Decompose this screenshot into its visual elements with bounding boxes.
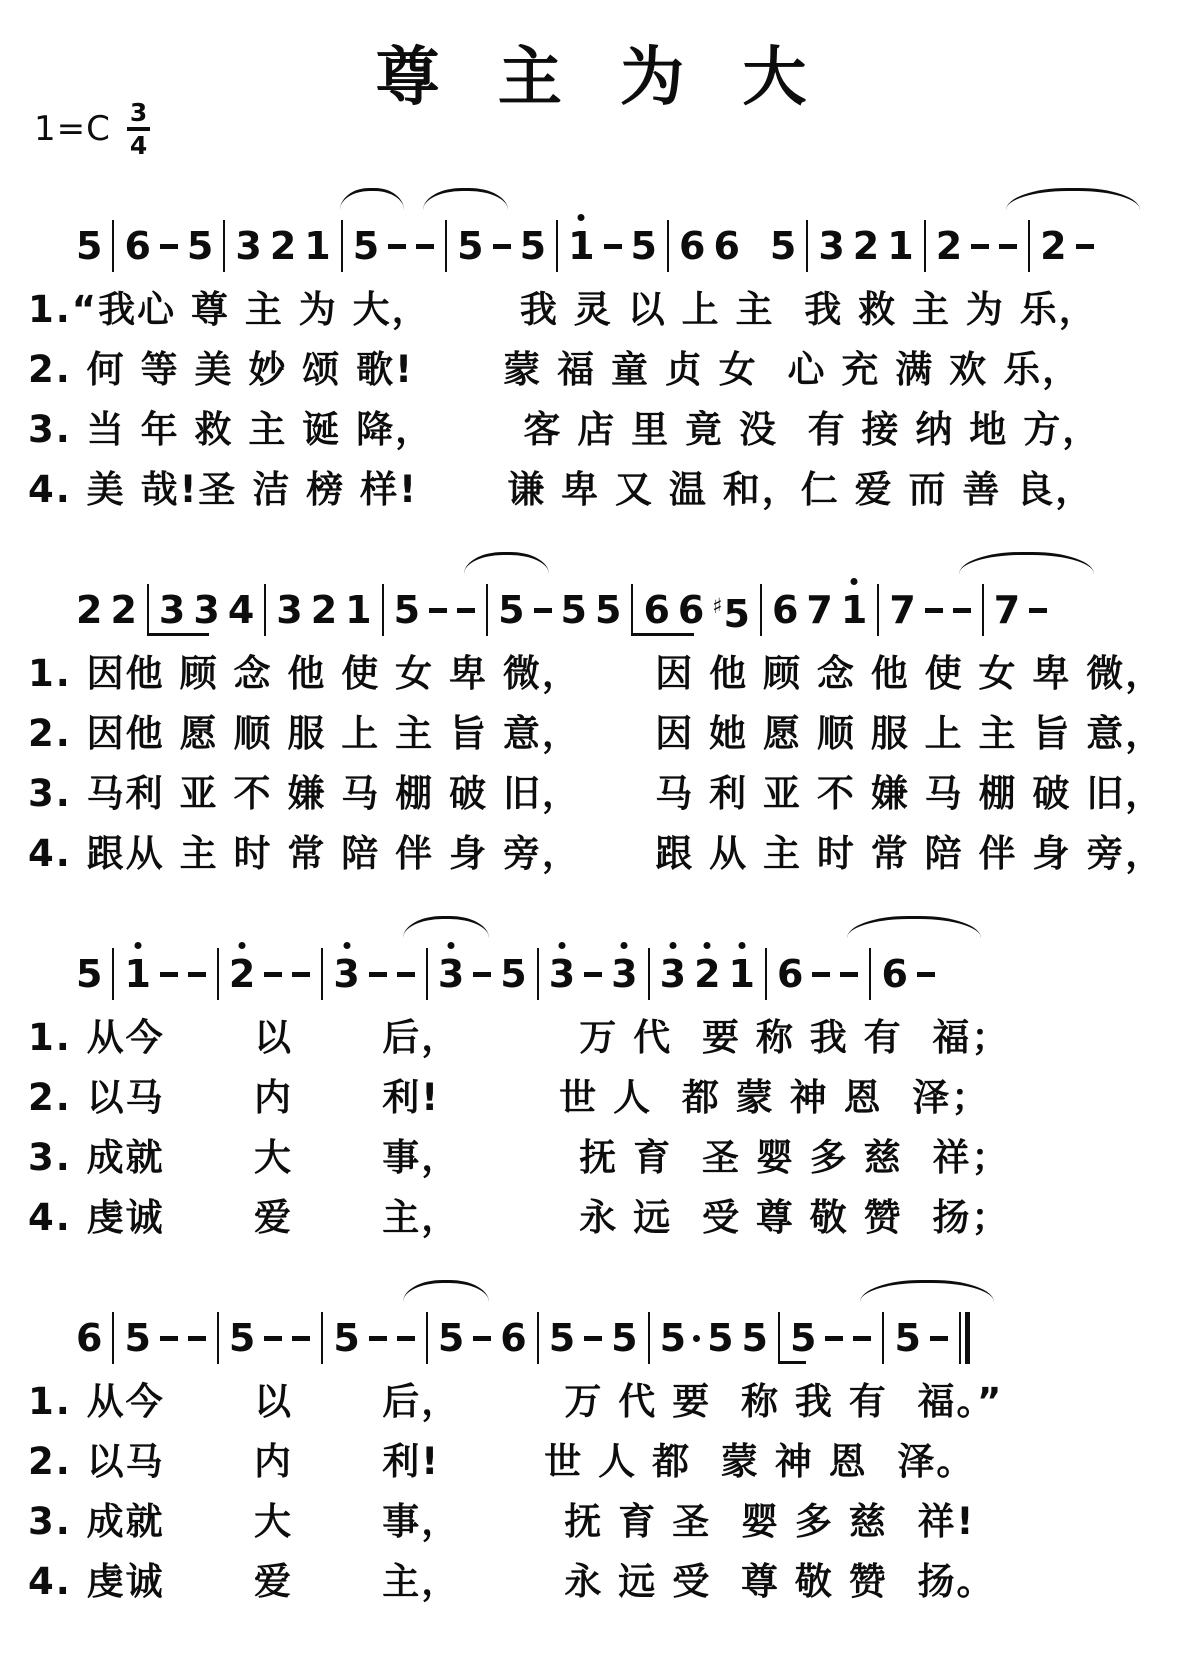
barline (321, 948, 323, 1000)
slur-tie (464, 552, 549, 574)
note: 6 (124, 225, 150, 267)
music-tokens-row: 6555565555555 (72, 1312, 1200, 1364)
octave-dot (448, 942, 455, 949)
barline-thin (959, 1312, 961, 1364)
note: 5 (498, 589, 524, 631)
systems: 56532155515665321221.“我心 尊 主 为 大， 我 灵 以 … (0, 174, 1200, 1604)
duration-dash (825, 1336, 843, 1341)
music-line: 5653215551566532122 (0, 174, 1200, 278)
duration-dash (584, 1336, 602, 1341)
note: 3 (549, 953, 575, 995)
note: 2 (76, 589, 102, 631)
note: 1 (568, 225, 594, 267)
slur-tie (1006, 188, 1140, 210)
note: 5 (595, 589, 621, 631)
barline (667, 220, 669, 272)
duration-dash (925, 608, 943, 613)
note: 5 (631, 225, 657, 267)
duration-dash (971, 244, 989, 249)
barline (537, 948, 539, 1000)
barline (341, 220, 343, 272)
note: 5 (500, 953, 526, 995)
note: 5 (229, 1317, 255, 1359)
barline (556, 220, 558, 272)
duration-dash (292, 1336, 310, 1341)
note: 3 (818, 225, 844, 267)
lyrics-block: 1. 从今 以 后， 万 代 要 称 我 有 福。”2. 以马 内 利! 世 人… (0, 1380, 1200, 1604)
duration-dash (584, 972, 602, 977)
barline (982, 584, 984, 636)
note: 5 (790, 1317, 816, 1359)
duration-dash (853, 1336, 871, 1341)
note: 5 (742, 1317, 768, 1359)
note: 3 (333, 953, 359, 995)
barline (869, 948, 871, 1000)
sheet-music-page: 尊 主 为 大 1=C 3 4 56532155515665321221.“我心… (0, 0, 1200, 1658)
lyric-line-3: 3. 马利 亚 不 嫌 马 棚 破 旧， 马 利 亚 不 嫌 马 棚 破 旧， (28, 772, 1200, 816)
music-tokens-row: 22334321555566♯567177 (72, 584, 1200, 636)
duration-dash (917, 972, 935, 977)
note: 3 (660, 953, 686, 995)
lyric-line-3: 3. 成就 大 事， 抚 育 圣 婴 多 慈 祥! (28, 1500, 1200, 1544)
note: 2 (270, 225, 296, 267)
note: 3 (193, 589, 219, 631)
duration-dash (388, 244, 406, 249)
duration-dash (264, 972, 282, 977)
slur-tie (847, 916, 981, 938)
slur-tie (403, 916, 489, 938)
lyrics-block: 1.“我心 尊 主 为 大， 我 灵 以 上 主 我 救 主 为 乐，2. 何 … (0, 288, 1200, 512)
lyric-line-2: 2. 以马 内 利! 世 人 都 蒙 神 恩 泽。 (28, 1440, 1200, 1484)
note: 5 (394, 589, 420, 631)
duration-dash (473, 972, 491, 977)
octave-dot (239, 942, 246, 949)
beam-underline (147, 633, 209, 636)
music-line: 5123353332166 (0, 902, 1200, 1006)
lyric-line-4: 4. 虔诚 爱 主， 永 远 受 尊 敬 赞 扬。 (28, 1560, 1200, 1604)
verse-system-4: 65555655555551. 从今 以 后， 万 代 要 称 我 有 福。”2… (0, 1266, 1200, 1604)
barline (112, 220, 114, 272)
barline (147, 584, 149, 636)
note: 5 (660, 1317, 686, 1359)
note: 6 (777, 953, 803, 995)
barline (648, 1312, 650, 1364)
lyric-line-2: 2. 因他 愿 顺 服 上 主 旨 意， 因 她 愿 顺 服 上 主 旨 意， (28, 712, 1200, 756)
slur-tie (340, 188, 404, 210)
note: 2 (853, 225, 879, 267)
note: 6 (76, 1317, 102, 1359)
key-signature: 1=C 3 4 (34, 100, 150, 158)
note: 2 (311, 589, 337, 631)
note: 1 (729, 953, 755, 995)
barline (223, 220, 225, 272)
note: 6 (713, 225, 739, 267)
octave-dot (134, 942, 141, 949)
barline (924, 220, 926, 272)
note: 3 (438, 953, 464, 995)
barline (806, 220, 808, 272)
octave-dot (669, 942, 676, 949)
lyrics-block: 1. 从今 以 后， 万 代 要 称 我 有 福；2. 以马 内 利! 世 人 … (0, 1016, 1200, 1240)
duration-dash (160, 1336, 178, 1341)
note: 3 (611, 953, 637, 995)
note: 5 (520, 225, 546, 267)
barline (486, 584, 488, 636)
note: 5 (549, 1317, 575, 1359)
note: 5 (894, 1317, 920, 1359)
barline (760, 584, 762, 636)
note: 5 (353, 225, 379, 267)
barline (778, 1312, 780, 1364)
duration-dash (1029, 608, 1047, 613)
time-signature-numerator: 3 (127, 100, 150, 131)
barline (445, 220, 447, 272)
barline (382, 584, 384, 636)
note: 5 (124, 1317, 150, 1359)
barline (112, 948, 114, 1000)
barline (765, 948, 767, 1000)
key-tonic: 1=C (34, 109, 111, 149)
barline (1028, 220, 1030, 272)
time-signature: 3 4 (127, 100, 150, 158)
barline (217, 1312, 219, 1364)
note: 7 (889, 589, 915, 631)
lyric-line-4: 4. 虔诚 爱 主， 永 远 受 尊 敬 赞 扬； (28, 1196, 1200, 1240)
barline (537, 1312, 539, 1364)
lyric-line-1: 1. 因他 顾 念 他 使 女 卑 微， 因 他 顾 念 他 使 女 卑 微， (28, 652, 1200, 696)
song-title: 尊 主 为 大 (0, 16, 1200, 118)
duration-dash (188, 972, 206, 977)
barline (112, 1312, 114, 1364)
duration-dash (416, 244, 434, 249)
barline (426, 1312, 428, 1364)
note: 2 (229, 953, 255, 995)
note: 5 (76, 225, 102, 267)
note: 6 (772, 589, 798, 631)
note: 5 (707, 1317, 733, 1359)
note: 6 (679, 225, 705, 267)
note: 7 (806, 589, 832, 631)
duration-dash (188, 1336, 206, 1341)
duration-dash (534, 608, 552, 613)
duration-dash (953, 608, 971, 613)
final-barline (959, 1312, 970, 1364)
verse-system-3: 51233533321661. 从今 以 后， 万 代 要 称 我 有 福；2.… (0, 902, 1200, 1240)
note: 5 (611, 1317, 637, 1359)
music-tokens-row: 5123353332166 (72, 948, 1200, 1000)
note: 4 (228, 589, 254, 631)
duration-dash (604, 244, 622, 249)
note: 6 (500, 1317, 526, 1359)
lyric-line-4: 4. 美 哉!圣 洁 榜 样! 谦 卑 又 温 和，仁 爱 而 善 良， (28, 468, 1200, 512)
slur-tie (403, 1280, 489, 1302)
barline (882, 1312, 884, 1364)
duration-dash (493, 244, 511, 249)
note: 7 (994, 589, 1020, 631)
duration-dash (160, 244, 178, 249)
note: 5 (457, 225, 483, 267)
lyric-line-4: 4. 跟从 主 时 常 陪 伴 身 旁， 跟 从 主 时 常 陪 伴 身 旁， (28, 832, 1200, 876)
note: 1 (124, 953, 150, 995)
sharp-icon: ♯ (712, 594, 722, 618)
note: 2 (110, 589, 136, 631)
duration-dash (160, 972, 178, 977)
lyric-line-2: 2. 何 等 美 妙 颂 歌! 蒙 福 童 贞 女 心 充 满 欢 乐， (28, 348, 1200, 392)
lyrics-block: 1. 因他 顾 念 他 使 女 卑 微， 因 他 顾 念 他 使 女 卑 微，2… (0, 652, 1200, 876)
duration-dash (369, 972, 387, 977)
octave-dot (851, 578, 858, 585)
duration-dash (397, 972, 415, 977)
barline (631, 584, 633, 636)
duration-dash (999, 244, 1017, 249)
lyric-line-1: 1. 从今 以 后， 万 代 要 称 我 有 福。” (28, 1380, 1200, 1424)
note: 5 (438, 1317, 464, 1359)
duration-dash (840, 972, 858, 977)
note: 3 (159, 589, 185, 631)
note: 6 (881, 953, 907, 995)
duration-dash (397, 1336, 415, 1341)
octave-dot (621, 942, 628, 949)
music-line: 22334321555566♯567177 (0, 538, 1200, 642)
note: 2 (936, 225, 962, 267)
barline (877, 584, 879, 636)
header: 尊 主 为 大 1=C 3 4 (0, 16, 1200, 174)
music-tokens-row: 5653215551566532122 (72, 220, 1200, 272)
note: 5 (187, 225, 213, 267)
duration-dash (812, 972, 830, 977)
note: 1 (345, 589, 371, 631)
barline (648, 948, 650, 1000)
note: 6 (643, 589, 669, 631)
slur-tie (959, 552, 1094, 574)
note: 3 (276, 589, 302, 631)
duration-dash (429, 608, 447, 613)
duration-dash (292, 972, 310, 977)
octave-dot (704, 942, 711, 949)
beam-underline (778, 1361, 806, 1364)
note: 5 (770, 225, 796, 267)
lyric-line-2: 2. 以马 内 利! 世 人 都 蒙 神 恩 泽； (28, 1076, 1200, 1120)
octave-dot (558, 942, 565, 949)
duration-dash (369, 1336, 387, 1341)
note: 5 (76, 953, 102, 995)
barline (321, 1312, 323, 1364)
music-line: 6555565555555 (0, 1266, 1200, 1370)
verse-system-2: 22334321555566♯5671771. 因他 顾 念 他 使 女 卑 微… (0, 538, 1200, 876)
note: 2 (1040, 225, 1066, 267)
barline (426, 948, 428, 1000)
lyric-line-3: 3. 成就 大 事， 抚 育 圣 婴 多 慈 祥； (28, 1136, 1200, 1180)
duration-dash (1076, 244, 1094, 249)
time-signature-denominator: 4 (130, 131, 147, 158)
note: 1 (841, 589, 867, 631)
slur-tie (860, 1280, 994, 1302)
verse-system-1: 56532155515665321221.“我心 尊 主 为 大， 我 灵 以 … (0, 174, 1200, 512)
octave-dot (578, 214, 585, 221)
barline (217, 948, 219, 1000)
spacer (744, 246, 766, 247)
octave-dot (343, 942, 350, 949)
note: 1 (304, 225, 330, 267)
note: 1 (887, 225, 913, 267)
lyric-line-1: 1. 从今 以 后， 万 代 要 称 我 有 福； (28, 1016, 1200, 1060)
octave-dot (738, 942, 745, 949)
note: 5 (561, 589, 587, 631)
note: 3 (235, 225, 261, 267)
duration-dash (264, 1336, 282, 1341)
duration-dash (930, 1336, 948, 1341)
note: 5 (333, 1317, 359, 1359)
beam-underline (632, 633, 694, 636)
augmentation-dot (693, 1335, 700, 1342)
duration-dash (473, 1336, 491, 1341)
lyric-line-3: 3. 当 年 救 主 诞 降， 客 店 里 竟 没 有 接 纳 地 方， (28, 408, 1200, 452)
slur-tie (423, 188, 508, 210)
duration-dash (457, 608, 475, 613)
note: 2 (694, 953, 720, 995)
barline-thick (965, 1312, 970, 1364)
note: ♯5 (712, 585, 750, 635)
lyric-line-1: 1.“我心 尊 主 为 大， 我 灵 以 上 主 我 救 主 为 乐， (28, 288, 1200, 332)
note: 6 (678, 589, 704, 631)
barline (264, 584, 266, 636)
